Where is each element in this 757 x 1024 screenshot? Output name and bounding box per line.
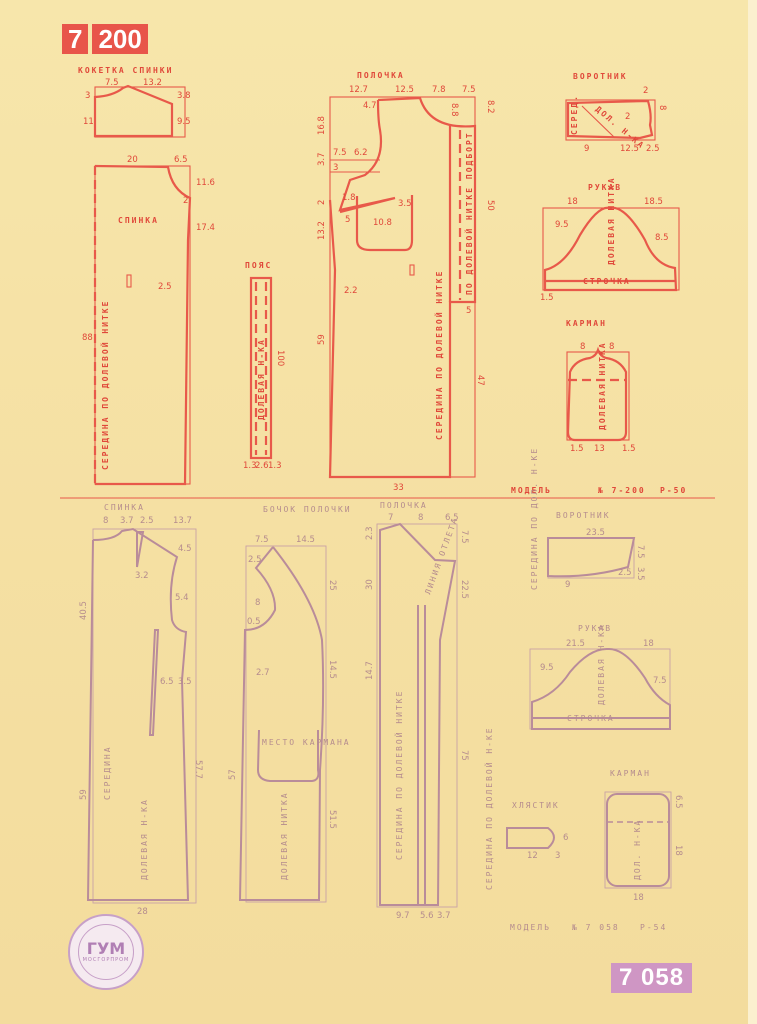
svg-text:Р-54: Р-54	[640, 923, 667, 932]
svg-text:18: 18	[643, 639, 654, 649]
svg-text:БОЧОК ПОЛОЧКИ: БОЧОК ПОЛОЧКИ	[263, 505, 352, 514]
svg-text:ДОЛ. Н-КА: ДОЛ. Н-КА	[633, 819, 642, 880]
piece-belt: ПОЯС 100 1.3 2.6 1.3 ДОЛЕВАЯ Н-КА	[243, 261, 285, 471]
svg-text:30: 30	[365, 579, 375, 590]
svg-text:Р-50: Р-50	[660, 486, 687, 495]
piece-collar: ВОРОТНИК 2 2 8 9 12.5 2.5 СЕРЕД. ДОЛ. Н-…	[566, 72, 667, 154]
svg-text:88: 88	[82, 333, 93, 343]
piece-back: 20 6.5 11.6 2 17.4 2.5 88 СПИНКА СЕРЕДИН…	[82, 155, 215, 484]
svg-text:1.3: 1.3	[268, 461, 282, 471]
svg-text:14.5: 14.5	[296, 535, 315, 545]
svg-text:КАРМАН: КАРМАН	[566, 319, 607, 328]
svg-text:57: 57	[228, 769, 238, 780]
svg-text:2: 2	[317, 200, 327, 205]
svg-text:2: 2	[183, 196, 188, 206]
svg-text:СЕРЕДИНА ПО ДОЛЕВОЙ НИТКЕ: СЕРЕДИНА ПО ДОЛЕВОЙ НИТКЕ	[99, 300, 110, 470]
svg-text:МОДЕЛЬ: МОДЕЛЬ	[510, 923, 551, 932]
svg-text:13.2: 13.2	[143, 78, 162, 88]
svg-text:3.7: 3.7	[437, 911, 451, 921]
svg-text:3.2: 3.2	[135, 571, 149, 581]
svg-text:28: 28	[137, 907, 148, 917]
svg-text:7.8: 7.8	[432, 85, 446, 95]
piece-sleeve-bottom: РУКАВ 21.5 18 9.5 7.5 СТРОЧКА ДОЛЕВАЯ Н-…	[530, 623, 670, 729]
svg-text:33: 33	[393, 483, 404, 493]
svg-text:75: 75	[459, 750, 469, 761]
svg-text:9.7: 9.7	[396, 911, 410, 921]
svg-text:2.5: 2.5	[140, 516, 154, 526]
svg-text:СТРОЧКА: СТРОЧКА	[583, 277, 631, 286]
svg-text:6.5: 6.5	[160, 677, 174, 687]
svg-text:59: 59	[79, 789, 89, 800]
svg-text:4.5: 4.5	[178, 544, 192, 554]
svg-text:7.5: 7.5	[462, 85, 476, 95]
svg-text:6.2: 6.2	[354, 148, 368, 158]
svg-text:51.5: 51.5	[327, 810, 337, 829]
svg-text:2.5: 2.5	[618, 568, 632, 578]
svg-text:8: 8	[418, 513, 423, 523]
svg-text:9.5: 9.5	[540, 663, 554, 673]
svg-text:18: 18	[567, 197, 578, 207]
svg-text:8: 8	[609, 342, 614, 352]
svg-text:8: 8	[103, 516, 108, 526]
svg-text:7: 7	[388, 513, 393, 523]
svg-text:12: 12	[527, 851, 538, 861]
svg-text:1.5: 1.5	[622, 444, 636, 454]
svg-text:23.5: 23.5	[586, 528, 605, 538]
svg-text:5.6: 5.6	[420, 911, 434, 921]
svg-text:59: 59	[317, 334, 327, 345]
svg-text:3.5: 3.5	[178, 677, 192, 687]
svg-text:9: 9	[565, 580, 570, 590]
svg-text:СЕРЕД.: СЕРЕД.	[570, 94, 579, 135]
svg-text:7.5: 7.5	[255, 535, 269, 545]
svg-text:18: 18	[673, 845, 683, 856]
svg-text:8: 8	[255, 598, 260, 608]
svg-text:8.8: 8.8	[449, 103, 459, 117]
svg-text:22.5: 22.5	[459, 580, 469, 599]
piece-collar-bottom: ВОРОТНИК 23.5 7.5 2.5 3.5 9 СЕРЕДИНА ПО …	[530, 447, 645, 590]
svg-text:2.3: 2.3	[365, 526, 375, 540]
svg-text:40.5: 40.5	[79, 601, 89, 620]
svg-text:СТРОЧКА: СТРОЧКА	[567, 714, 615, 723]
svg-text:3.7: 3.7	[317, 152, 327, 166]
piece-back-bottom: СПИНКА 8 3.7 2.5 13.7 4.5 3.2 40.5 5.4 6…	[79, 503, 203, 917]
piece-title: КОКЕТКА СПИНКИ	[78, 66, 173, 75]
svg-text:8.2: 8.2	[485, 100, 495, 114]
svg-text:16.8: 16.8	[317, 116, 327, 135]
svg-text:ПОЛОЧКА: ПОЛОЧКА	[380, 501, 428, 510]
svg-text:5: 5	[466, 306, 471, 316]
svg-text:СЕРЕДИНА ПО ДОЛЕВОЙ НИТКЕ: СЕРЕДИНА ПО ДОЛЕВОЙ НИТКЕ	[433, 270, 444, 440]
svg-text:6.5: 6.5	[174, 155, 188, 165]
svg-text:ВОРОТНИК: ВОРОТНИК	[556, 511, 611, 520]
svg-text:8: 8	[657, 105, 667, 110]
svg-text:18.5: 18.5	[644, 197, 663, 207]
svg-text:12.5: 12.5	[395, 85, 414, 95]
svg-text:7.5: 7.5	[459, 530, 469, 544]
piece-back-yoke: КОКЕТКА СПИНКИ 7.5 13.2 3 3.8 11 9.5	[78, 66, 191, 137]
svg-text:ЛИНИЯ ОТЛЕТА: ЛИНИЯ ОТЛЕТА	[423, 516, 459, 596]
svg-text:ПОЛОЧКА: ПОЛОЧКА	[357, 71, 405, 80]
svg-text:№ 7 058: № 7 058	[571, 923, 620, 932]
svg-text:47: 47	[475, 375, 485, 386]
svg-text:10.8: 10.8	[373, 218, 392, 228]
svg-text:2.6: 2.6	[255, 461, 269, 471]
seal-subtext: МОСГОРПРОМ	[83, 957, 130, 963]
piece-sleeve: РУКАВ 18 18.5 9.5 8.5 1.5 СТРОЧКА ДОЛЕВА…	[540, 176, 679, 303]
svg-text:18: 18	[633, 893, 644, 903]
svg-text:КАРМАН: КАРМАН	[610, 769, 651, 778]
svg-text:ДОЛЕВАЯ НИТКА: ДОЛЕВАЯ НИТКА	[280, 791, 289, 880]
svg-text:ДОЛЕВАЯ Н-КА: ДОЛЕВАЯ Н-КА	[597, 623, 606, 705]
svg-text:СЕРЕДИНА: СЕРЕДИНА	[103, 745, 112, 800]
svg-text:9: 9	[584, 144, 589, 154]
svg-text:3: 3	[555, 851, 560, 861]
svg-text:2.5: 2.5	[248, 555, 262, 565]
svg-text:6.5: 6.5	[673, 795, 683, 809]
svg-text:3.8: 3.8	[177, 91, 191, 101]
svg-text:СПИНКА: СПИНКА	[118, 216, 159, 225]
svg-text:8: 8	[580, 342, 585, 352]
svg-text:РУКАВ: РУКАВ	[588, 183, 622, 192]
svg-text:2: 2	[625, 112, 630, 122]
piece-front: ПОЛОЧКА 12.7 12.5 7.8 7.5 8.2 4.7 8.8 16…	[317, 71, 495, 493]
svg-text:11.6: 11.6	[196, 178, 215, 188]
svg-text:13.2: 13.2	[317, 221, 327, 240]
svg-text:14.7: 14.7	[365, 661, 375, 680]
svg-text:50: 50	[485, 200, 495, 211]
svg-text:9.5: 9.5	[555, 220, 569, 230]
svg-text:57.7: 57.7	[193, 760, 203, 779]
svg-text:0.5: 0.5	[247, 617, 261, 627]
svg-text:7.5: 7.5	[635, 545, 645, 559]
svg-text:13: 13	[594, 444, 605, 454]
svg-text:14.5: 14.5	[327, 660, 337, 679]
svg-text:СЕРЕДИНА ПО ДОЛЕВОЙ НИТКЕ: СЕРЕДИНА ПО ДОЛЕВОЙ НИТКЕ	[393, 690, 404, 860]
svg-text:СПИНКА: СПИНКА	[104, 503, 145, 512]
svg-text:7.5: 7.5	[333, 148, 347, 158]
pattern-drawing: КОКЕТКА СПИНКИ 7.5 13.2 3 3.8 11 9.5 20 …	[0, 0, 757, 1024]
svg-text:5.4: 5.4	[175, 593, 189, 603]
svg-text:ПО ДОЛЕВОЙ НИТКЕ ПОДБОРТ: ПО ДОЛЕВОЙ НИТКЕ ПОДБОРТ	[463, 131, 474, 295]
svg-text:1.8: 1.8	[342, 193, 356, 203]
svg-text:8.5: 8.5	[655, 233, 669, 243]
svg-text:7.5: 7.5	[105, 78, 119, 88]
svg-text:12.7: 12.7	[349, 85, 368, 95]
svg-text:100: 100	[275, 350, 285, 366]
bottom-model-footer: МОДЕЛЬ № 7 058 Р-54	[510, 923, 667, 932]
svg-text:1.5: 1.5	[540, 293, 554, 303]
svg-text:5: 5	[345, 215, 350, 225]
svg-text:МЕСТО КАРМАНА: МЕСТО КАРМАНА	[262, 738, 351, 747]
svg-text:ВОРОТНИК: ВОРОТНИК	[573, 72, 628, 81]
svg-text:ПОЯС: ПОЯС	[245, 261, 272, 270]
svg-text:ДОЛЕВАЯ НИТКА: ДОЛЕВАЯ НИТКА	[598, 341, 607, 430]
svg-text:2.7: 2.7	[256, 668, 270, 678]
svg-text:2.2: 2.2	[344, 286, 358, 296]
svg-text:СЕРЕДИНА ПО ДОЛЕВОЙ Н-КЕ: СЕРЕДИНА ПО ДОЛЕВОЙ Н-КЕ	[483, 726, 494, 890]
piece-tab: ХЛЯСТИК 6 12 3 СЕРЕДИНА ПО ДОЛЕВОЙ Н-КЕ	[483, 726, 568, 890]
svg-text:РУКАВ: РУКАВ	[578, 624, 612, 633]
svg-text:ДОЛЕВАЯ НИТКА: ДОЛЕВАЯ НИТКА	[607, 176, 616, 265]
svg-text:1.5: 1.5	[570, 444, 584, 454]
svg-text:25: 25	[327, 580, 337, 591]
svg-text:4.7: 4.7	[363, 101, 377, 111]
svg-text:13.7: 13.7	[173, 516, 192, 526]
piece-pocket-bottom: КАРМАН 6.5 18 18 ДОЛ. Н-КА	[605, 769, 683, 903]
svg-text:2: 2	[643, 86, 648, 96]
svg-text:3: 3	[85, 91, 90, 101]
svg-text:3: 3	[333, 163, 338, 173]
top-model-7200: КОКЕТКА СПИНКИ 7.5 13.2 3 3.8 11 9.5 20 …	[60, 66, 715, 498]
svg-text:20: 20	[127, 155, 138, 165]
svg-text:3.7: 3.7	[120, 516, 134, 526]
piece-front-bottom: ПОЛОЧКА 7 8 6.5 2.3 7.5 30 22.5 14.7 75 …	[365, 501, 469, 921]
svg-text:3.5: 3.5	[635, 567, 645, 581]
svg-text:9.5: 9.5	[177, 117, 191, 127]
piece-side-front: БОЧОК ПОЛОЧКИ 7.5 14.5 2.5 8 0.5 2.7 25 …	[228, 505, 352, 902]
svg-text:6: 6	[563, 833, 568, 843]
svg-text:21.5: 21.5	[566, 639, 585, 649]
svg-text:ДОЛЕВАЯ Н-КА: ДОЛЕВАЯ Н-КА	[257, 338, 266, 420]
svg-text:2.5: 2.5	[646, 144, 660, 154]
piece-pocket: КАРМАН 8 8 1.5 13 1.5 ДОЛЕВАЯ НИТКА	[566, 319, 636, 454]
svg-text:7.5: 7.5	[653, 676, 667, 686]
model-badge-7058: 7 058	[611, 963, 692, 993]
svg-text:2.5: 2.5	[158, 282, 172, 292]
seal-text: ГУМ	[87, 941, 125, 957]
svg-text:ХЛЯСТИК: ХЛЯСТИК	[512, 801, 560, 810]
bottom-model-7058: СПИНКА 8 3.7 2.5 13.7 4.5 3.2 40.5 5.4 6…	[79, 447, 683, 932]
svg-text:11: 11	[83, 117, 94, 127]
svg-text:3.5: 3.5	[398, 199, 412, 209]
svg-text:17.4: 17.4	[196, 223, 215, 233]
svg-text:СЕРЕДИНА ПО ДОЛ. Н-КЕ: СЕРЕДИНА ПО ДОЛ. Н-КЕ	[530, 447, 539, 590]
gum-seal-logo: ГУМ МОСГОРПРОМ	[68, 914, 144, 990]
svg-text:ДОЛЕВАЯ Н-КА: ДОЛЕВАЯ Н-КА	[140, 798, 149, 880]
svg-text:№ 7-200: № 7-200	[597, 486, 646, 495]
